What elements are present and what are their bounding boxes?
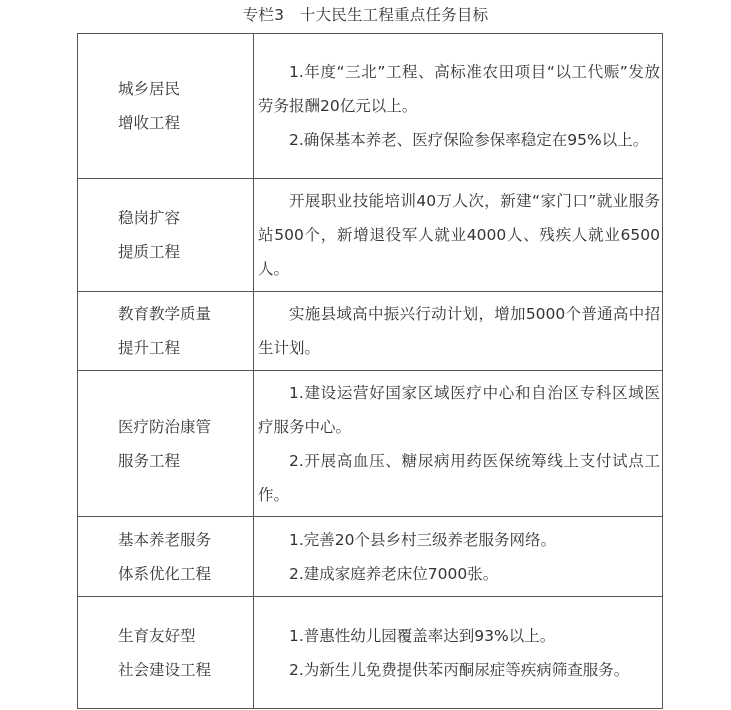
target-item: 1.年度“三北”工程、高标准农田项目“以工代赈”发放劳务报酬20亿元以上。 bbox=[258, 55, 660, 123]
project-name-line: 提升工程 bbox=[118, 331, 253, 365]
project-target-cell: 1.年度“三北”工程、高标准农田项目“以工代赈”发放劳务报酬20亿元以上。 2.… bbox=[254, 34, 663, 179]
table-row: 稳岗扩容 提质工程 开展职业技能培训40万人次，新建“家门口”就业服务站500个… bbox=[78, 179, 663, 292]
project-name-line: 服务工程 bbox=[118, 444, 253, 478]
target-item: 1.建设运营好国家区域医疗中心和自治区专科区域医疗服务中心。 bbox=[258, 376, 660, 444]
project-name-line: 社会建设工程 bbox=[118, 653, 253, 687]
project-name-line: 基本养老服务 bbox=[118, 523, 253, 557]
table-row: 医疗防治康管 服务工程 1.建设运营好国家区域医疗中心和自治区专科区域医疗服务中… bbox=[78, 371, 663, 517]
target-item: 2.为新生儿免费提供苯丙酮尿症等疾病筛查服务。 bbox=[258, 653, 660, 687]
target-item: 开展职业技能培训40万人次，新建“家门口”就业服务站500个，新增退役军人就业4… bbox=[258, 184, 660, 286]
table-caption: 专栏3 十大民生工程重点任务目标 bbox=[0, 4, 731, 26]
project-name-line: 医疗防治康管 bbox=[118, 410, 253, 444]
project-name-cell: 城乡居民 增收工程 bbox=[78, 34, 254, 179]
project-name-line: 教育教学质量 bbox=[118, 297, 253, 331]
project-name-cell: 稳岗扩容 提质工程 bbox=[78, 179, 254, 292]
target-item: 2.开展高血压、糖尿病用药医保统筹线上支付试点工作。 bbox=[258, 444, 660, 512]
task-targets-table: 城乡居民 增收工程 1.年度“三北”工程、高标准农田项目“以工代赈”发放劳务报酬… bbox=[77, 33, 663, 709]
project-name-cell: 生育友好型 社会建设工程 bbox=[78, 597, 254, 709]
project-name-line: 体系优化工程 bbox=[118, 557, 253, 591]
target-item: 实施县域高中振兴行动计划，增加5000个普通高中招生计划。 bbox=[258, 297, 660, 365]
table-row: 基本养老服务 体系优化工程 1.完善20个县乡村三级养老服务网络。 2.建成家庭… bbox=[78, 517, 663, 597]
project-target-cell: 1.普惠性幼儿园覆盖率达到93%以上。 2.为新生儿免费提供苯丙酮尿症等疾病筛查… bbox=[254, 597, 663, 709]
table-row: 生育友好型 社会建设工程 1.普惠性幼儿园覆盖率达到93%以上。 2.为新生儿免… bbox=[78, 597, 663, 709]
project-name-line: 生育友好型 bbox=[118, 619, 253, 653]
target-item: 2.确保基本养老、医疗保险参保率稳定在95%以上。 bbox=[258, 123, 660, 157]
project-name-cell: 基本养老服务 体系优化工程 bbox=[78, 517, 254, 597]
project-name-cell: 教育教学质量 提升工程 bbox=[78, 292, 254, 371]
project-target-cell: 实施县域高中振兴行动计划，增加5000个普通高中招生计划。 bbox=[254, 292, 663, 371]
table-row: 城乡居民 增收工程 1.年度“三北”工程、高标准农田项目“以工代赈”发放劳务报酬… bbox=[78, 34, 663, 179]
target-item: 1.普惠性幼儿园覆盖率达到93%以上。 bbox=[258, 619, 660, 653]
table-row: 教育教学质量 提升工程 实施县域高中振兴行动计划，增加5000个普通高中招生计划… bbox=[78, 292, 663, 371]
project-target-cell: 1.完善20个县乡村三级养老服务网络。 2.建成家庭养老床位7000张。 bbox=[254, 517, 663, 597]
project-name-line: 增收工程 bbox=[118, 106, 253, 140]
project-target-cell: 开展职业技能培训40万人次，新建“家门口”就业服务站500个，新增退役军人就业4… bbox=[254, 179, 663, 292]
project-target-cell: 1.建设运营好国家区域医疗中心和自治区专科区域医疗服务中心。 2.开展高血压、糖… bbox=[254, 371, 663, 517]
project-name-line: 稳岗扩容 bbox=[118, 201, 253, 235]
project-name-line: 提质工程 bbox=[118, 235, 253, 269]
project-name-line: 城乡居民 bbox=[118, 72, 253, 106]
target-item: 1.完善20个县乡村三级养老服务网络。 bbox=[258, 523, 660, 557]
project-name-cell: 医疗防治康管 服务工程 bbox=[78, 371, 254, 517]
target-item: 2.建成家庭养老床位7000张。 bbox=[258, 557, 660, 591]
